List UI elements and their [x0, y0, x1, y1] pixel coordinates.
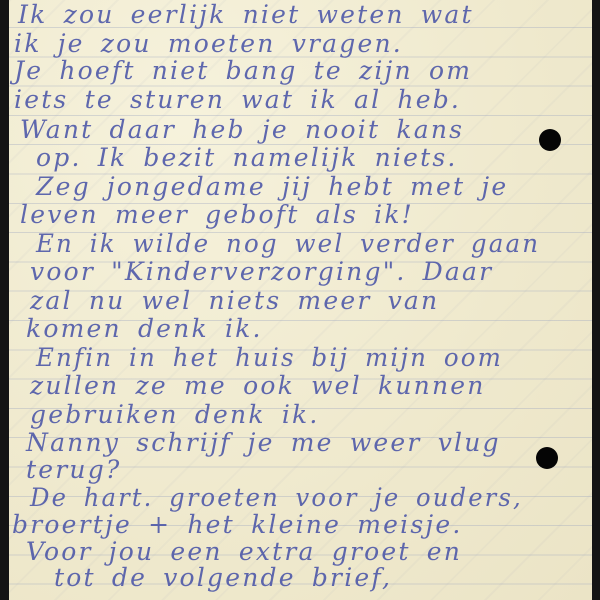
scan-border-left	[0, 0, 9, 600]
handwritten-line: broertje + het kleine meisje.	[12, 510, 462, 539]
handwritten-line: Want daar heb je nooit kans	[20, 115, 464, 144]
scan-border-right	[592, 0, 600, 600]
handwritten-line: gebruiken denk ik.	[30, 400, 320, 429]
handwritten-line: Voor jou een extra groet en	[26, 537, 462, 566]
handwritten-line: op. Ik bezit namelijk niets.	[36, 143, 458, 172]
letter-page: Ik zou eerlijk niet weten watik je zou m…	[9, 0, 592, 600]
handwritten-line: ik je zou moeten vragen.	[14, 29, 403, 58]
punch-hole	[536, 447, 558, 469]
handwritten-line: zal nu wel niets meer van	[30, 286, 439, 315]
handwritten-line: De hart. groeten voor je ouders,	[30, 483, 523, 512]
handwritten-line: Ik zou eerlijk niet weten wat	[18, 0, 474, 29]
handwritten-line: Zeg jongedame jij hebt met je	[36, 172, 508, 201]
handwritten-line: terug?	[26, 455, 122, 484]
handwritten-line: Enfin in het huis bij mijn oom	[36, 343, 503, 372]
handwritten-line: komen denk ik.	[26, 314, 263, 343]
handwritten-line: Je hoeft niet bang te zijn om	[14, 56, 472, 85]
handwritten-line: Nanny schrijf je me weer vlug	[26, 428, 501, 457]
handwritten-line: zullen ze me ook wel kunnen	[30, 371, 486, 400]
handwritten-line: voor "Kinderverzorging". Daar	[30, 257, 493, 286]
handwritten-line: iets te sturen wat ik al heb.	[14, 85, 461, 114]
punch-hole	[539, 129, 561, 151]
handwritten-line: En ik wilde nog wel verder gaan	[36, 229, 540, 258]
handwritten-line: leven meer geboft als ik!	[20, 200, 414, 229]
handwritten-line: tot de volgende brief,	[54, 563, 392, 592]
